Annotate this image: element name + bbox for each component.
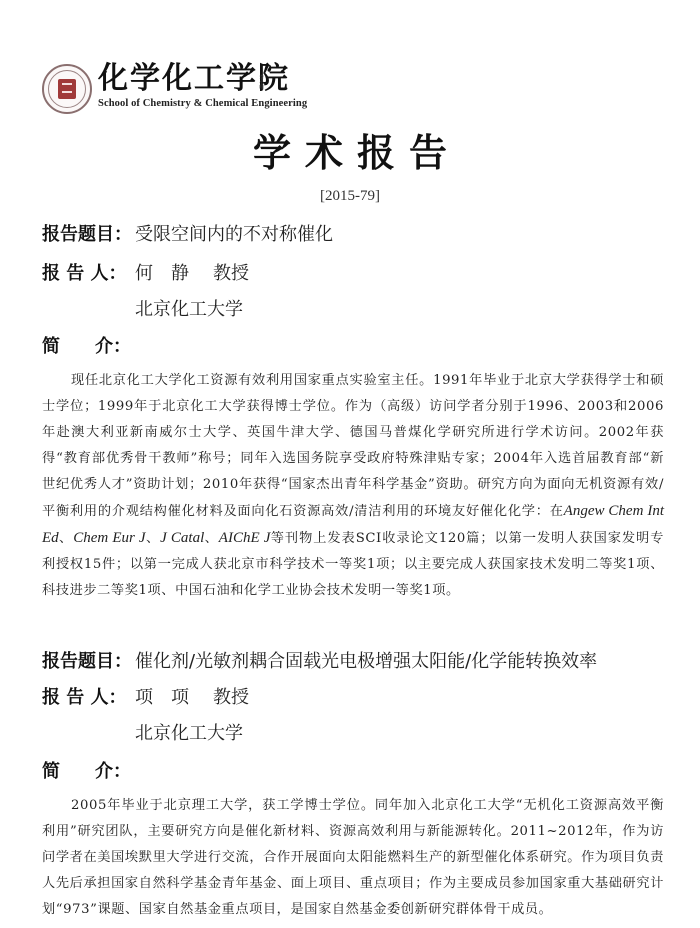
topic-label: 报告题目： — [42, 650, 132, 674]
bio-text: 、 — [204, 531, 219, 546]
intro-label-2: 介： — [95, 335, 131, 359]
speaker-affiliation: 北京化工大学 — [135, 298, 243, 322]
journal-name: Chem Eur J — [73, 530, 145, 546]
speaker-affiliation: 北京化工大学 — [135, 722, 243, 746]
speaker-bio: 现任北京化工大学化工资源有效利用国家重点实验室主任。1991年毕业于北京大学获得… — [42, 368, 664, 604]
calligraphy-seal-mark: 李小明 — [259, 76, 263, 91]
school-name-en: School of Chemistry & Chemical Engineeri… — [98, 98, 307, 109]
speaker-title: 教授 — [213, 686, 249, 710]
journal-name: AIChE J — [219, 530, 271, 546]
topic-label: 报告题目： — [42, 223, 132, 247]
speaker-title: 教授 — [213, 262, 249, 286]
speaker-label: 报 告 人： — [42, 262, 127, 286]
topic-value: 受限空间内的不对称催化 — [135, 223, 333, 247]
bio-text: 、 — [146, 531, 161, 546]
bio-text: 现任北京化工大学化工资源有效利用国家重点实验室主任。1991年毕业于北京大学获得… — [42, 373, 664, 519]
speaker-name: 何 静 — [135, 262, 189, 286]
intro-label-1: 简 — [42, 760, 60, 784]
journal-name: J Catal — [160, 530, 204, 546]
document-title: 学术报告 — [0, 130, 700, 176]
intro-label-1: 简 — [42, 335, 60, 359]
bio-text: 、 — [59, 531, 74, 546]
speaker-name: 项 项 — [135, 686, 189, 710]
university-seal-icon — [42, 64, 92, 114]
speaker-label: 报 告 人： — [42, 686, 127, 710]
topic-value: 催化剂/光敏剂耦合固载光电极增强太阳能/化学能转换效率 — [135, 650, 597, 674]
speaker-bio: 2005年毕业于北京理工大学，获工学博士学位。同年加入北京化工大学“无机化工资源… — [42, 793, 664, 923]
document-number: [2015-79] — [0, 188, 700, 205]
intro-label-2: 介： — [95, 760, 131, 784]
